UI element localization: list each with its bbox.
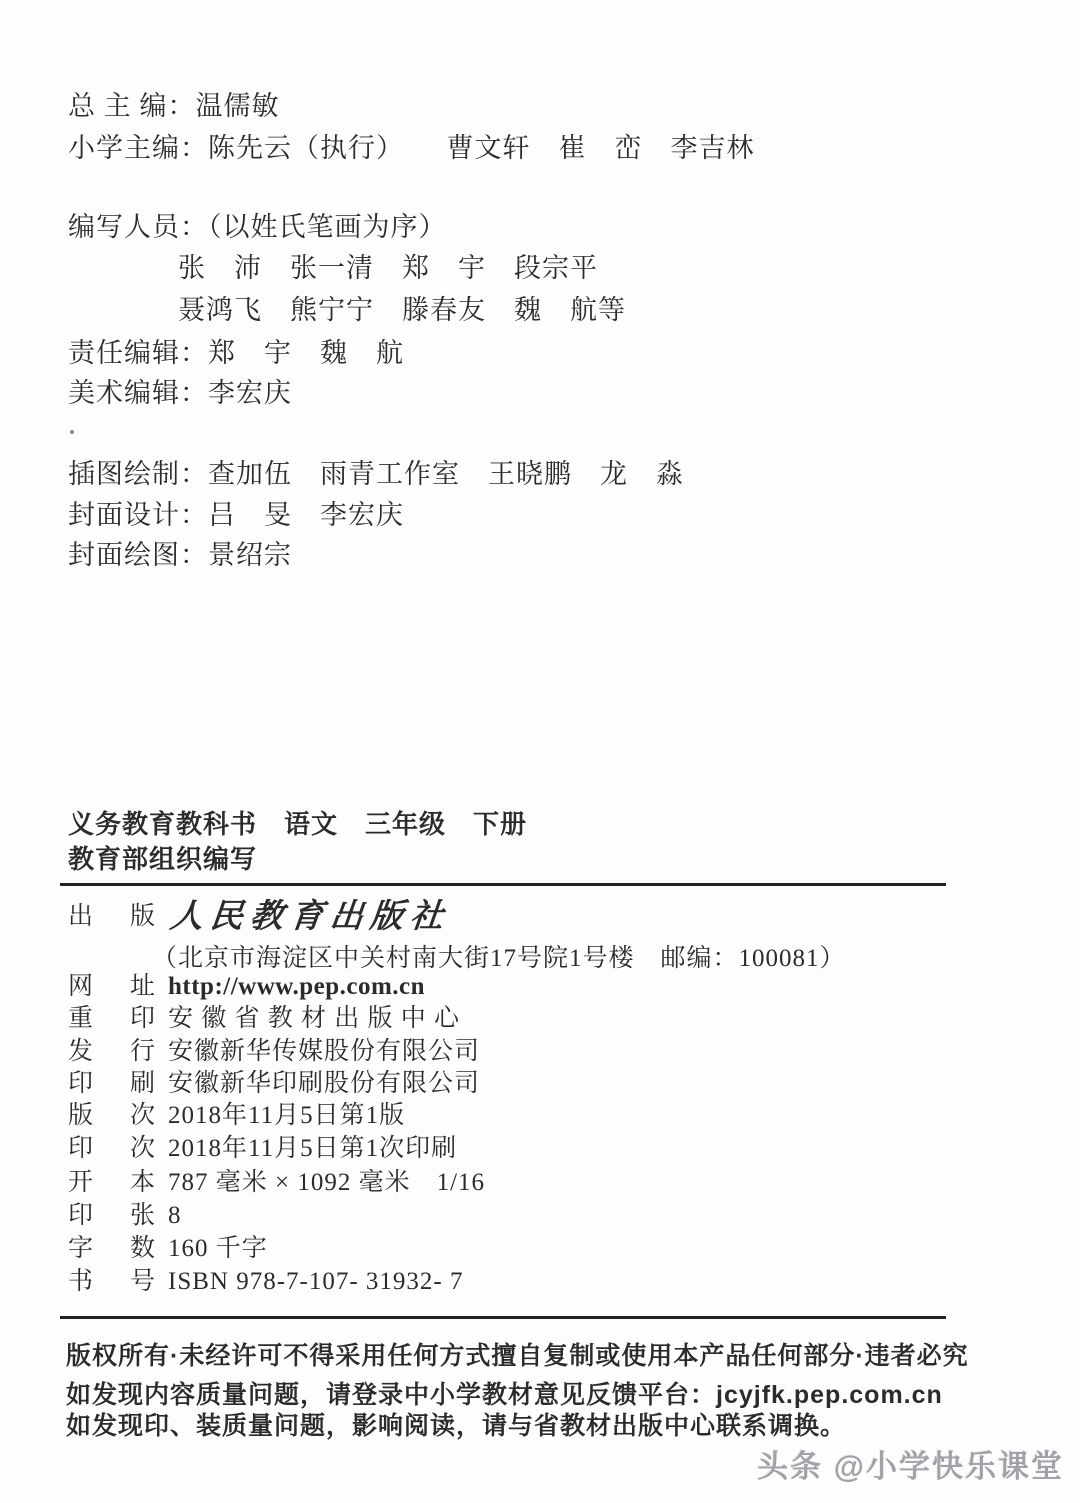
illustration-line: 插图绘制：查加伍 雨青工作室 王晓鹏 龙 淼 [68, 460, 684, 490]
publisher-address: （北京市海淀区中关村南大街17号院1号楼 邮编：100081） [152, 938, 846, 974]
colophon-page: { "credits": { "chief_editor": {"label":… [0, 0, 1080, 1503]
label-char: 出 [68, 903, 94, 932]
compilers-names-line-1: 张 沛 张一清 郑 宇 段宗平 [178, 254, 598, 284]
colophon-value: 2018年11月5日第1版 [168, 1102, 405, 1131]
colophon-value: 安 徽 省 教 材 出 版 中 心 [168, 1005, 460, 1034]
divider-bottom [60, 1316, 946, 1319]
series-title: 义务教育教科书 语文 三年级 下册 [68, 810, 527, 839]
cover-illustration-label: 封面绘图： [68, 540, 208, 570]
colophon-label: 印张 [68, 1202, 156, 1231]
colophon-row-sheets: 印张 8 [68, 1202, 182, 1231]
label-char: 本 [130, 1169, 156, 1198]
label-char: 址 [130, 973, 156, 1002]
compilers-line: 编写人员：（以姓氏笔画为序） [68, 213, 447, 243]
colophon-value: 8 [168, 1202, 182, 1231]
cover-design-line: 封面设计：吕 旻 李宏庆 [68, 501, 404, 531]
cover-illustration-line: 封面绘图：景绍宗 [68, 541, 292, 571]
label-char: 次 [130, 1135, 156, 1164]
label-char: 刷 [130, 1070, 156, 1099]
label-char: 字 [68, 1235, 94, 1264]
label-char: 重 [68, 1005, 94, 1034]
colophon-value: 安徽新华传媒股份有限公司 [168, 1038, 480, 1067]
label-char: 张 [130, 1202, 156, 1231]
label-char: 次 [130, 1102, 156, 1131]
label-char: 印 [68, 1202, 94, 1231]
colophon-label: 印刷 [68, 1070, 156, 1099]
colophon-value: 787 毫米 × 1092 毫米 1/16 [168, 1169, 485, 1198]
colophon-row-distribution: 发行 安徽新华传媒股份有限公司 [68, 1038, 480, 1067]
label-char: 开 [68, 1169, 94, 1198]
label-char: 发 [68, 1038, 94, 1067]
responsible-editor-value: 郑 宇 魏 航 [208, 338, 404, 368]
colophon-row-wordcount: 字数 160 千字 [68, 1235, 268, 1264]
colophon-label: 开本 [68, 1169, 156, 1198]
cover-design-value: 吕 旻 李宏庆 [208, 500, 404, 530]
compilers-note: （以姓氏笔画为序） [208, 212, 447, 242]
organizer-line: 教育部组织编写 [68, 845, 257, 874]
chief-editor-value: 温儒敏 [196, 91, 280, 121]
colophon-row-website: 网址 http://www.pep.com.cn [68, 973, 425, 1002]
colophon-row-edition: 版次 2018年11月5日第1版 [68, 1102, 405, 1131]
toutiao-watermark: 头条 @小学快乐课堂 [757, 1441, 1064, 1486]
responsible-editor-line: 责任编辑：郑 宇 魏 航 [68, 339, 404, 369]
primary-editor-label: 小学主编： [68, 133, 208, 163]
label-char: 号 [130, 1268, 156, 1297]
art-editor-value: 李宏庆 [208, 378, 292, 408]
colophon-label: 出版 [68, 903, 156, 932]
art-editor-label: 美术编辑： [68, 378, 208, 408]
cover-design-label: 封面设计： [68, 500, 208, 530]
chief-editor-label: 总 主 编： [68, 91, 196, 121]
colophon-label: 发行 [68, 1038, 156, 1067]
label-char: 网 [68, 973, 94, 1002]
publisher-logo-calligraphy: 人民教育出版社 [168, 899, 452, 937]
colophon-value: 2018年11月5日第1次印刷 [168, 1135, 457, 1164]
label-char: 数 [130, 1235, 156, 1264]
label-char: 书 [68, 1268, 94, 1297]
label-char: 版 [68, 1102, 94, 1131]
label-char: 行 [130, 1038, 156, 1067]
art-editor-line: 美术编辑：李宏庆 [68, 379, 292, 409]
colophon-row-reprint: 重印 安 徽 省 教 材 出 版 中 心 [68, 1005, 460, 1034]
cover-illustration-value: 景绍宗 [208, 540, 292, 570]
compilers-names-line-2: 聂鸿飞 熊宁宁 滕春友 魏 航等 [178, 296, 626, 326]
colophon-label: 字数 [68, 1235, 156, 1264]
colophon-row-printing: 印刷 安徽新华印刷股份有限公司 [68, 1070, 480, 1099]
colophon-row-isbn: 书号 ISBN 978-7-107- 31932- 7 [68, 1268, 464, 1297]
isbn-number: ISBN 978-7-107- 31932- 7 [168, 1268, 464, 1297]
label-char: 印 [68, 1135, 94, 1164]
divider-top [60, 883, 946, 886]
colophon-label: 印次 [68, 1135, 156, 1164]
copyright-notice-line-1: 版权所有·未经许可不得采用任何方式擅自复制或使用本产品任何部分·违者必究 [66, 1336, 969, 1372]
colophon-row-impression: 印次 2018年11月5日第1次印刷 [68, 1135, 457, 1164]
primary-editor-value: 陈先云（执行） 曹文轩 崔 峦 李吉林 [208, 133, 755, 163]
colophon-label: 书号 [68, 1268, 156, 1297]
compilers-label: 编写人员： [68, 212, 208, 242]
scan-speck [70, 430, 74, 434]
colophon-value: 安徽新华印刷股份有限公司 [168, 1070, 480, 1099]
colophon-row-format: 开本 787 毫米 × 1092 毫米 1/16 [68, 1169, 485, 1198]
website-url: http://www.pep.com.cn [168, 973, 425, 1002]
label-char: 印 [68, 1070, 94, 1099]
copyright-notice-line-3: 如发现印、装质量问题，影响阅读，请与省教材出版中心联系调换。 [66, 1406, 846, 1442]
colophon-value: 160 千字 [168, 1235, 268, 1264]
colophon-label: 网址 [68, 973, 156, 1002]
colophon-label: 版次 [68, 1102, 156, 1131]
illustration-value: 查加伍 雨青工作室 王晓鹏 龙 淼 [208, 459, 684, 489]
illustration-label: 插图绘制： [68, 459, 208, 489]
label-char: 版 [130, 903, 156, 932]
label-char: 印 [130, 1005, 156, 1034]
chief-editor-line: 总 主 编：温儒敏 [68, 92, 280, 122]
primary-editor-line: 小学主编：陈先云（执行） 曹文轩 崔 峦 李吉林 [68, 134, 755, 164]
colophon-row-publisher: 出版 人民教育出版社 [68, 903, 448, 937]
colophon-label: 重印 [68, 1005, 156, 1034]
responsible-editor-label: 责任编辑： [68, 338, 208, 368]
